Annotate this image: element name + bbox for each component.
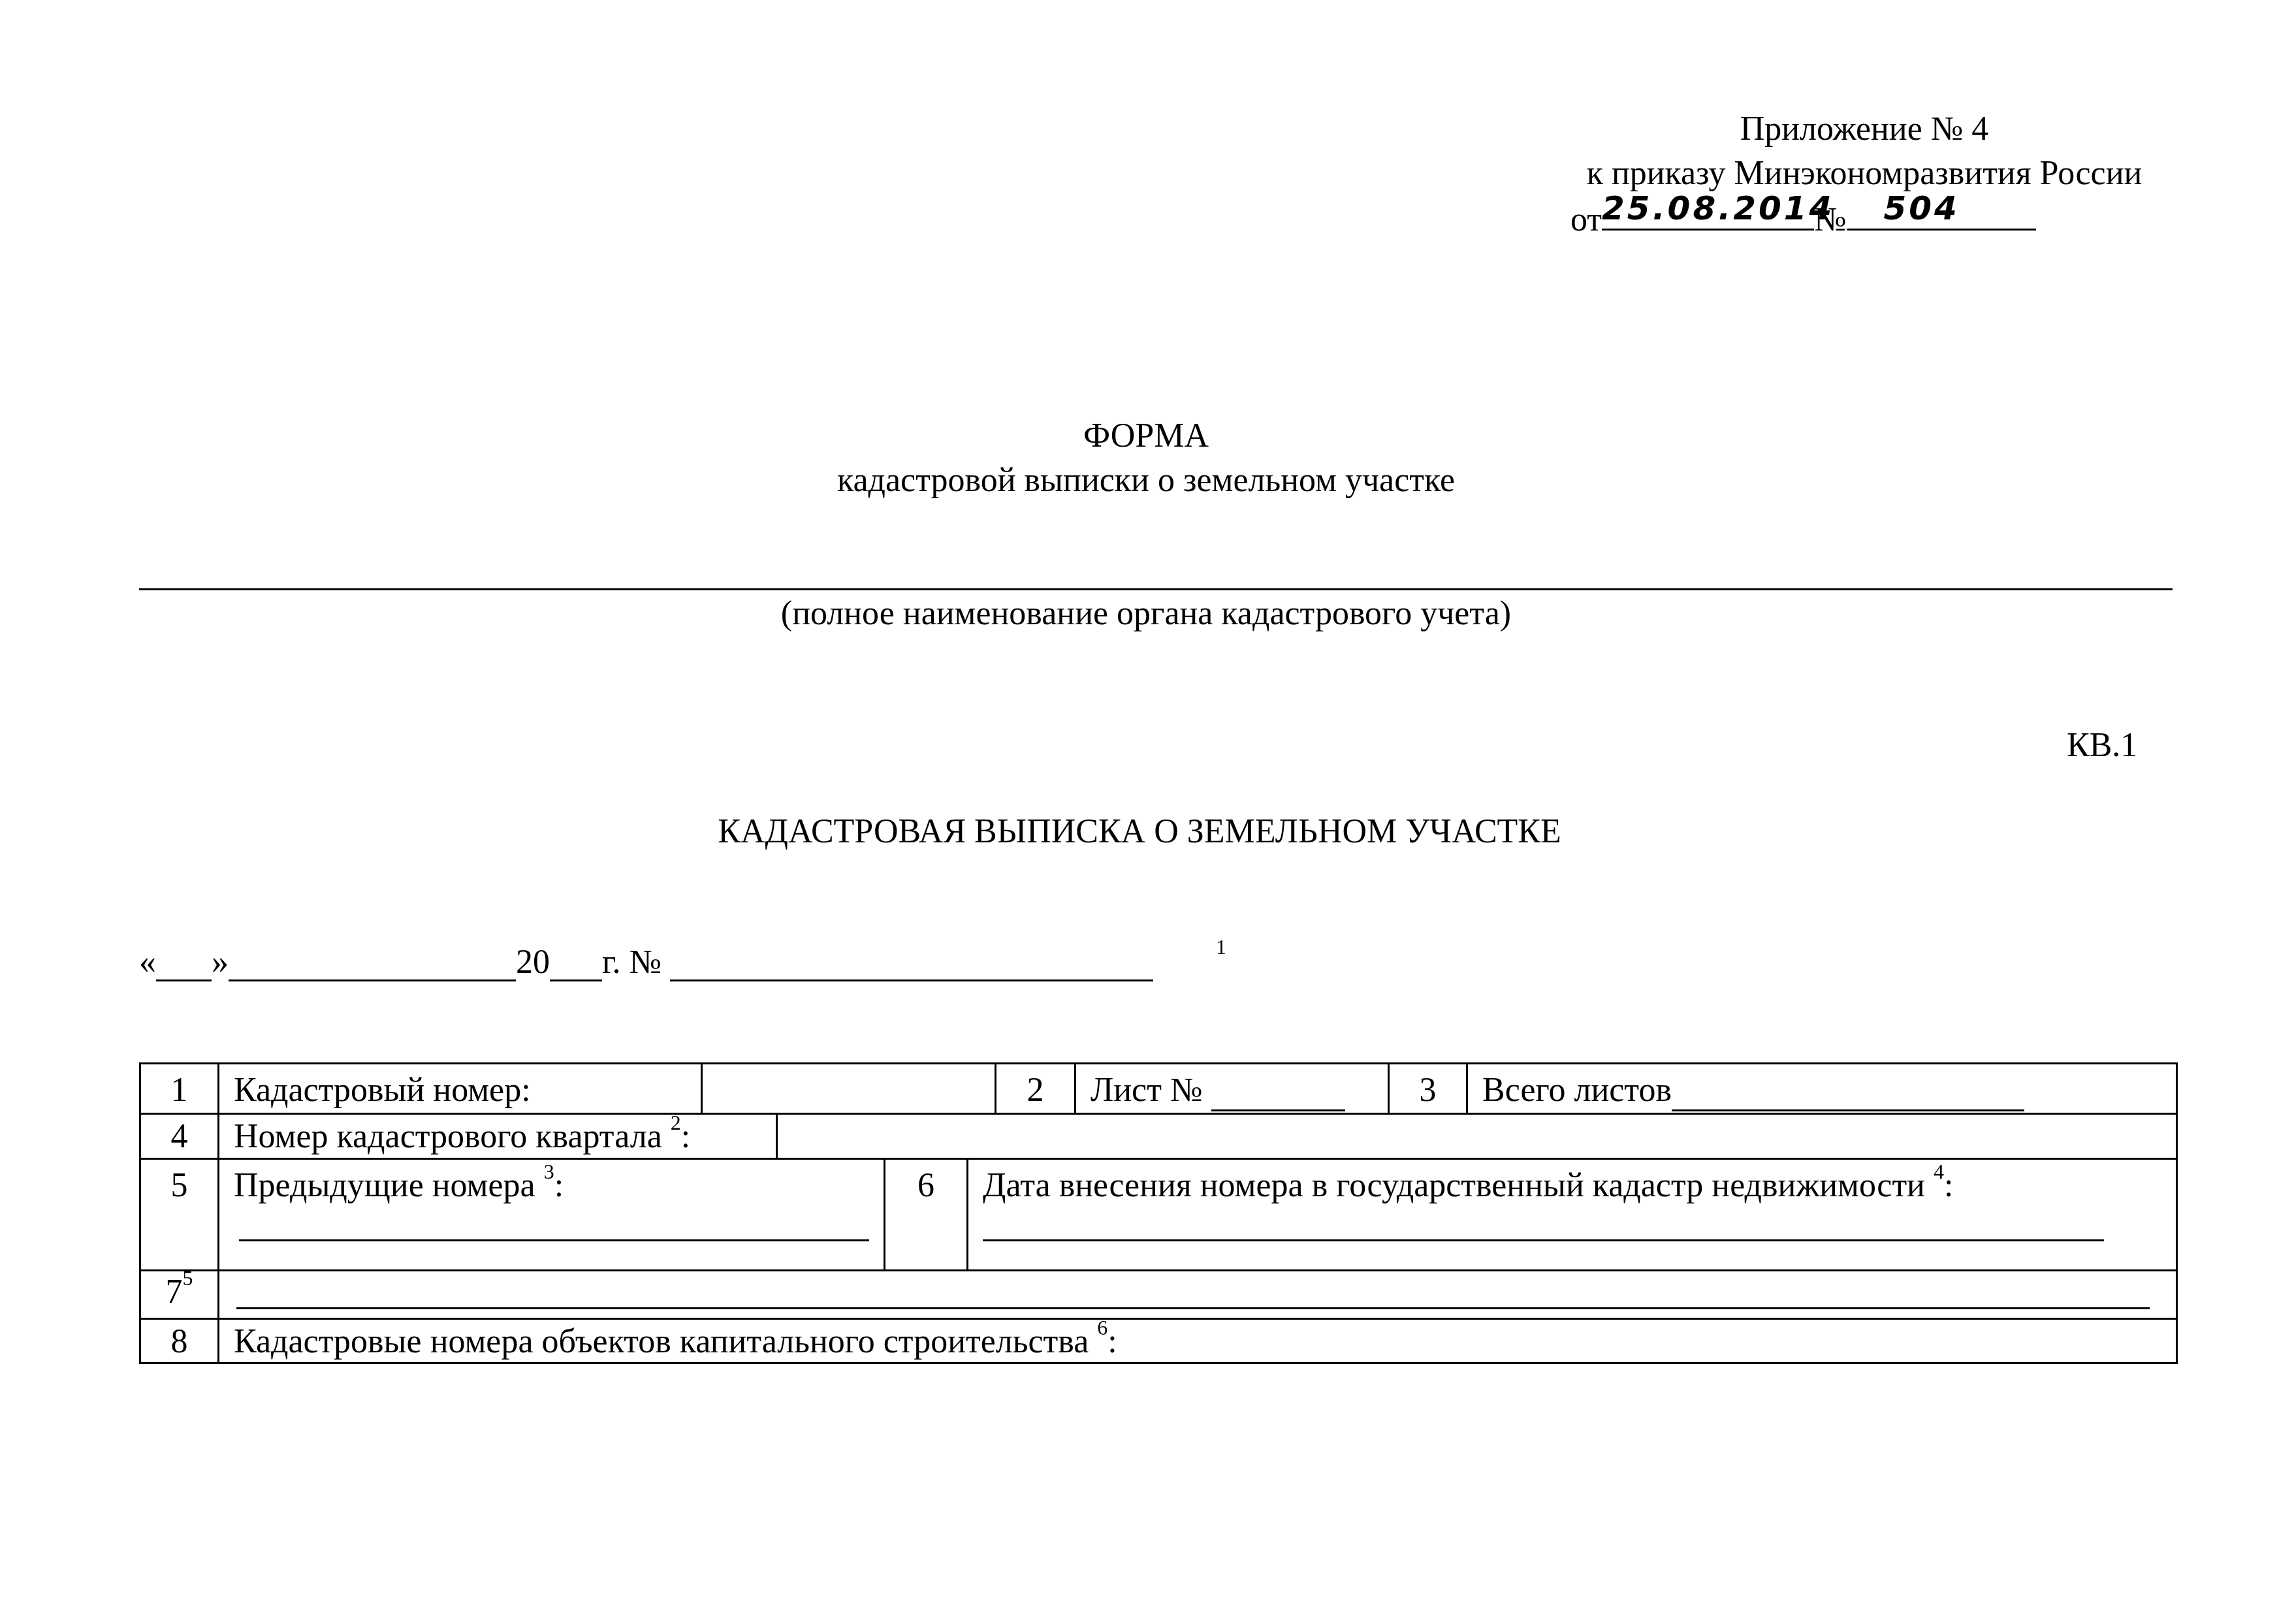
- form-heading: ФОРМА: [1083, 419, 1209, 453]
- capital-construction-text: Кадастровые номера объектов капитального…: [234, 1323, 1089, 1360]
- capital-construction-numbers-label: Кадастровые номера объектов капитального…: [217, 1320, 2176, 1362]
- open-quote: «: [139, 944, 156, 981]
- sheet-number-field[interactable]: [1211, 1071, 1345, 1111]
- sheet-number-label: Лист №: [1074, 1064, 1388, 1113]
- total-sheets-field[interactable]: [1672, 1071, 2024, 1111]
- previous-numbers-field[interactable]: [239, 1239, 869, 1241]
- document-title: КАДАСТРОВАЯ ВЫПИСКА О ЗЕМЕЛЬНОМ УЧАСТКЕ: [718, 815, 1561, 849]
- order-reference: к приказу Минэкономразвития России: [1587, 157, 2143, 191]
- row-number: 4: [141, 1115, 217, 1158]
- year-prefix: 20: [516, 944, 550, 981]
- total-sheets-text: Всего листов: [1482, 1072, 1672, 1109]
- row-number: 2: [995, 1064, 1074, 1113]
- previous-numbers-label: Предыдущие номера 3:: [217, 1160, 957, 1269]
- colon: :: [1944, 1167, 1953, 1204]
- table-row: 8 Кадастровые номера объектов капитально…: [139, 1320, 2178, 1364]
- extract-number-field: [670, 946, 1153, 981]
- footnote-4: 4: [1934, 1160, 1944, 1183]
- footnote-3: 3: [544, 1160, 554, 1183]
- order-number-handwritten: 504: [1808, 192, 2036, 225]
- row-number: 8: [141, 1320, 217, 1362]
- form-subheading: кадастровой выписки о земельном участке: [837, 464, 1455, 498]
- extract-table: 1 Кадастровый номер: 2 Лист № 3 Всего ли…: [139, 1062, 2178, 1364]
- month-field: [229, 946, 516, 981]
- colon: :: [554, 1167, 564, 1204]
- authority-caption: (полное наименование органа кадастрового…: [781, 597, 1511, 631]
- registration-date-label: Дата внесения номера в государственный к…: [966, 1160, 2176, 1269]
- colon: :: [681, 1118, 690, 1155]
- row-number: 5: [141, 1160, 217, 1269]
- row-7-cell: [217, 1271, 2176, 1318]
- registration-date-text: Дата внесения номера в государственный к…: [983, 1167, 1925, 1204]
- footnote-5: 5: [183, 1266, 193, 1290]
- row-number: 6: [884, 1160, 966, 1269]
- form-code: КВ.1: [2067, 729, 2137, 763]
- cadastral-quarter-text: Номер кадастрового квартала: [234, 1118, 662, 1155]
- day-field: [156, 946, 212, 981]
- cadastral-number-field[interactable]: [701, 1064, 995, 1113]
- order-date-handwritten: 25.08.2014: [1602, 192, 1814, 225]
- footnote-6: 6: [1097, 1316, 1107, 1339]
- table-row: 1 Кадастровый номер: 2 Лист № 3 Всего ли…: [139, 1062, 2178, 1115]
- footnote-2: 2: [671, 1111, 681, 1134]
- order-date-field: 25.08.2014: [1602, 200, 1814, 231]
- registration-date-field[interactable]: [983, 1239, 2104, 1241]
- year-field: [550, 946, 602, 981]
- year-suffix: г. №: [602, 944, 661, 981]
- cadastral-quarter-field[interactable]: [776, 1115, 2176, 1158]
- table-row: 75: [139, 1271, 2178, 1320]
- cadastral-number-label: Кадастровый номер:: [217, 1064, 701, 1113]
- appendix-number: Приложение № 4: [1740, 112, 1989, 146]
- row-number: 1: [141, 1064, 217, 1113]
- close-quote: »: [212, 944, 229, 981]
- order-number-field: 504: [1847, 200, 2036, 231]
- order-date-line: от25.08.2014№504: [1570, 200, 2036, 237]
- previous-numbers-text: Предыдущие номера: [234, 1167, 535, 1204]
- sheet-number-text: Лист №: [1091, 1072, 1203, 1109]
- table-row: 5 Предыдущие номера 3: 6 Дата внесения н…: [139, 1160, 2178, 1271]
- table-row: 4 Номер кадастрового квартала 2:: [139, 1115, 2178, 1160]
- row-number-text: 7: [166, 1273, 183, 1311]
- footnote-1: 1: [1216, 935, 1226, 959]
- authority-name-line: [139, 588, 2173, 590]
- colon: :: [1107, 1323, 1117, 1360]
- cadastral-quarter-label: Номер кадастрового квартала 2:: [217, 1115, 776, 1158]
- row-7-field[interactable]: [236, 1307, 2150, 1309]
- date-prefix: от: [1570, 201, 1602, 238]
- row-number: 3: [1388, 1064, 1466, 1113]
- row-number: 75: [141, 1271, 217, 1318]
- extract-date-line: « » 20 г. №: [139, 946, 1153, 981]
- total-sheets-label: Всего листов: [1466, 1064, 2176, 1113]
